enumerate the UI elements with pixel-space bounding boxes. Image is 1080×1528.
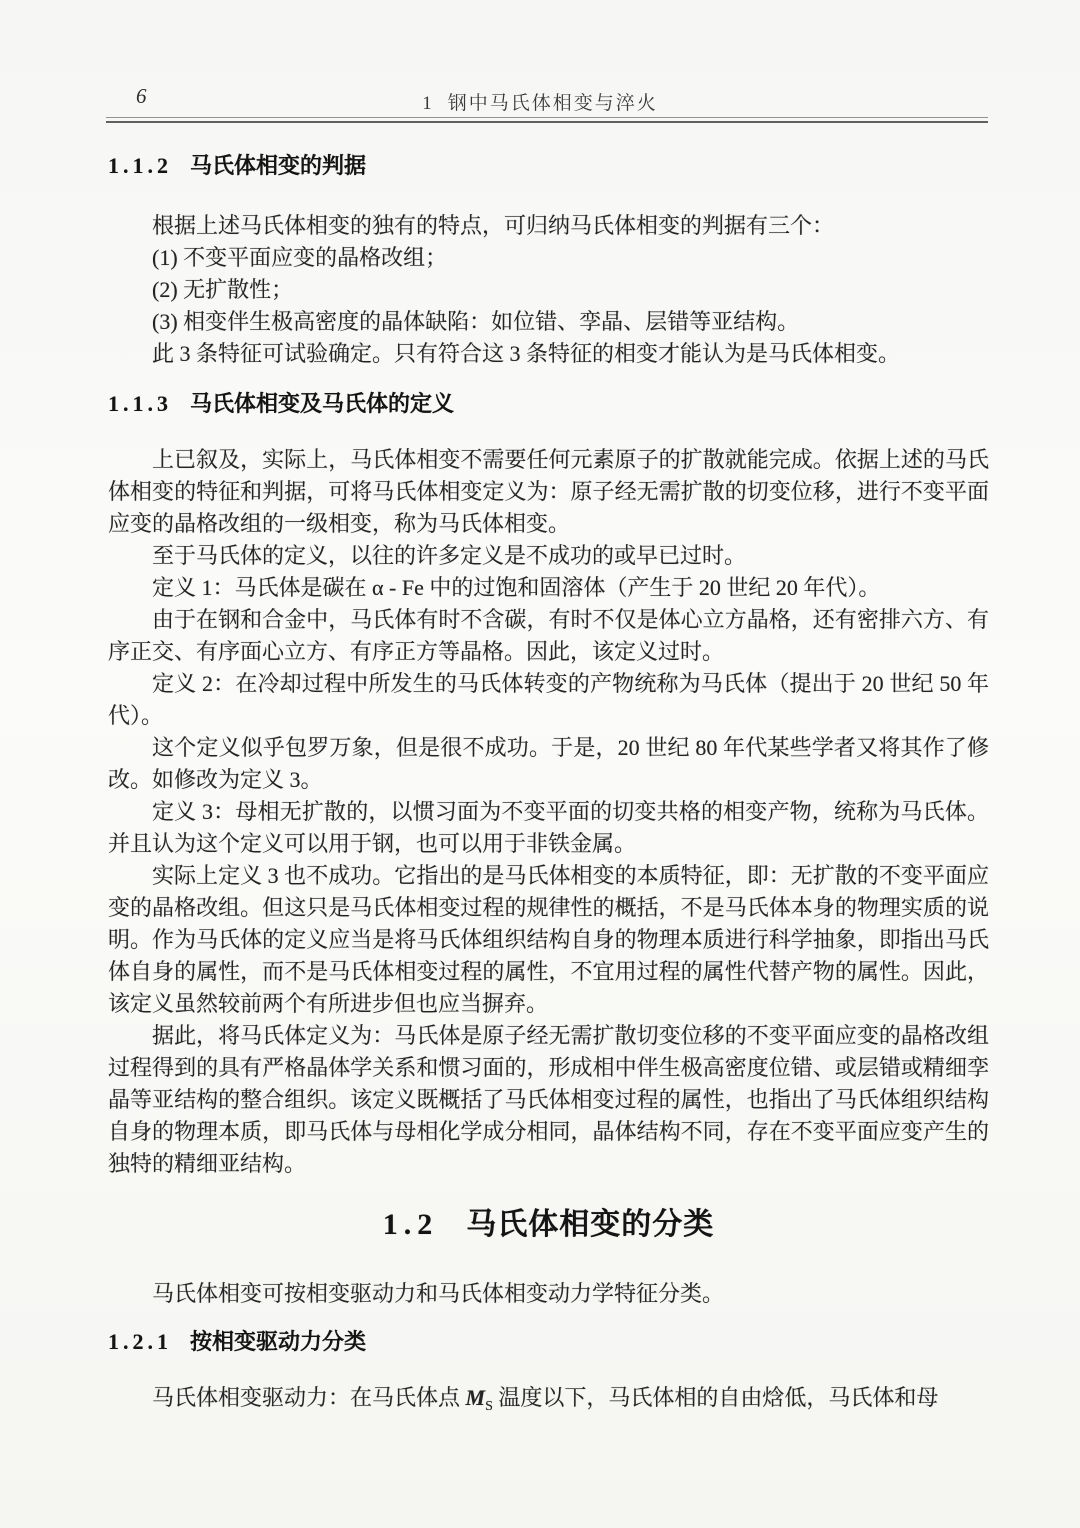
list-item-1: (1) 不变平面应变的晶格改组； <box>108 242 989 274</box>
section-heading-1-2-1: 1.2.1按相变驱动力分类 <box>108 1328 989 1356</box>
book-page: 6 1钢中马氏体相变与淬火 1.1.2马氏体相变的判据 根据上述马氏体相变的独有… <box>0 0 1080 1528</box>
section-number: 1.1.3 <box>108 391 172 416</box>
martensite-point-symbol: M <box>466 1385 486 1410</box>
paragraph-definition-1-note: 由于在钢和合金中，马氏体有时不含碳，有时不仅是体心立方晶格，还有密排六方、有序正… <box>108 604 989 668</box>
page-content: 1.1.2马氏体相变的判据 根据上述马氏体相变的独有的特点，可归纳马氏体相变的判… <box>108 152 989 1417</box>
paragraph-new-definition: 据此，将马氏体定义为：马氏体是原子经无需扩散切变位移的不变平面应变的晶格改组过程… <box>108 1020 989 1180</box>
section-title: 马氏体相变的判据 <box>190 153 366 178</box>
paragraph-definition-2-note: 这个定义似乎包罗万象，但是很不成功。于是，20 世纪 80 年代某些学者又将其作… <box>108 732 989 796</box>
paragraph-definition-2: 定义 2：在冷却过程中所发生的马氏体转变的产物统称为马氏体（提出于 20 世纪 … <box>108 668 989 732</box>
paragraph-definition-3: 定义 3：母相无扩散的，以惯习面为不变平面的切变共格的相变产物，统称为马氏体。并… <box>108 796 989 860</box>
paragraph-past-definitions: 至于马氏体的定义，以往的许多定义是不成功的或早已过时。 <box>108 540 989 572</box>
section-number: 1.2.1 <box>108 1329 172 1354</box>
paragraph-criteria-intro: 根据上述马氏体相变的独有的特点，可归纳马氏体相变的判据有三个： <box>108 210 989 242</box>
section-title: 按相变驱动力分类 <box>190 1329 366 1354</box>
driving-force-text-pre: 马氏体相变驱动力：在马氏体点 <box>152 1385 466 1410</box>
section-title: 马氏体相变的分类 <box>466 1208 714 1241</box>
section-heading-1-1-2: 1.1.2马氏体相变的判据 <box>108 152 989 180</box>
running-title: 1钢中马氏体相变与淬火 <box>0 88 1080 115</box>
section-heading-1-2: 1.2马氏体相变的分类 <box>108 1204 989 1246</box>
paragraph-classification-intro: 马氏体相变可按相变驱动力和马氏体相变动力学特征分类。 <box>108 1278 989 1310</box>
header-rule <box>106 117 988 123</box>
section-title: 马氏体相变及马氏体的定义 <box>190 391 454 416</box>
list-item-2: (2) 无扩散性； <box>108 274 989 306</box>
paragraph-criteria-close: 此 3 条特征可试验确定。只有符合这 3 条特征的相变才能认为是马氏体相变。 <box>108 338 989 370</box>
section-heading-1-1-3: 1.1.3马氏体相变及马氏体的定义 <box>108 390 989 418</box>
paragraph-definition-intro: 上已叙及，实际上，马氏体相变不需要任何元素原子的扩散就能完成。依据上述的马氏体相… <box>108 444 989 540</box>
paragraph-definition-1: 定义 1：马氏体是碳在 α - Fe 中的过饱和固溶体（产生于 20 世纪 20… <box>108 572 989 604</box>
running-chapter-title: 钢中马氏体相变与淬火 <box>448 93 658 114</box>
paragraph-definition-3-note: 实际上定义 3 也不成功。它指出的是马氏体相变的本质特征，即：无扩散的不变平面应… <box>108 860 989 1020</box>
list-item-3: (3) 相变伴生极高密度的晶体缺陷：如位错、孪晶、层错等亚结构。 <box>108 306 989 338</box>
section-number: 1.1.2 <box>108 153 172 178</box>
driving-force-text-post: 温度以下，马氏体相的自由焓低，马氏体和母 <box>493 1385 939 1410</box>
paragraph-driving-force: 马氏体相变驱动力：在马氏体点 MS 温度以下，马氏体相的自由焓低，马氏体和母 <box>108 1382 989 1417</box>
section-number: 1.2 <box>383 1208 439 1241</box>
martensite-point-subscript: S <box>485 1398 493 1414</box>
running-chapter-number: 1 <box>422 93 432 114</box>
